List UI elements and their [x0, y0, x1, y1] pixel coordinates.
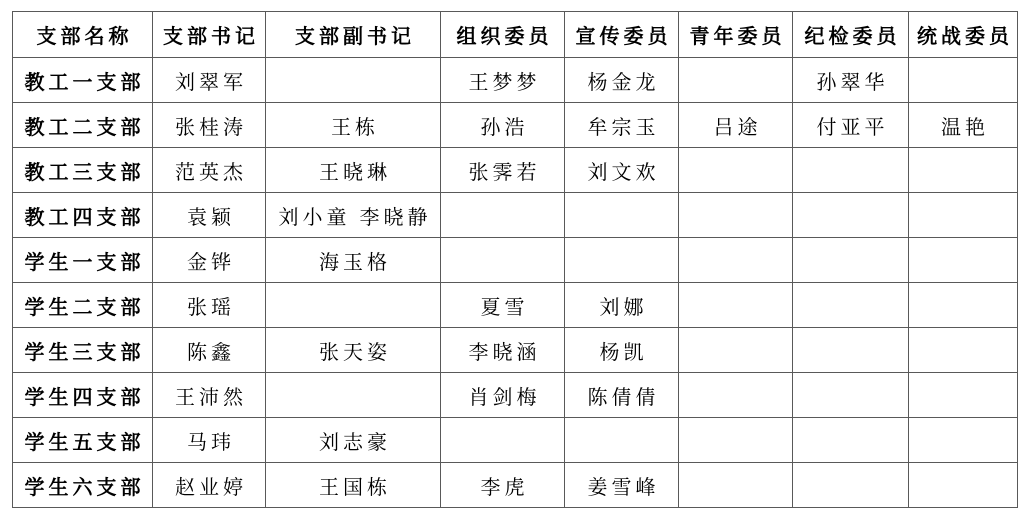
member-name-cell: 刘小童 李晓静 — [266, 193, 441, 238]
member-name-cell: 姜雪峰 — [565, 463, 679, 508]
member-name-cell — [909, 463, 1018, 508]
member-name-cell — [679, 148, 793, 193]
member-name-cell: 刘文欢 — [565, 148, 679, 193]
header-cell-1: 支部书记 — [153, 12, 266, 58]
table-body: 教工一支部刘翠军王梦梦杨金龙孙翠华教工二支部张桂涛王栋孙浩牟宗玉吕途付亚平温艳教… — [13, 58, 1018, 508]
table-row: 学生二支部张瑶夏雪刘娜 — [13, 283, 1018, 328]
member-name-cell — [909, 283, 1018, 328]
member-name-cell: 张桂涛 — [153, 103, 266, 148]
member-name-cell — [909, 418, 1018, 463]
member-name-cell — [793, 148, 909, 193]
branch-name-cell: 学生六支部 — [13, 463, 153, 508]
member-name-cell: 张霁若 — [441, 148, 565, 193]
header-row: 支部名称支部书记支部副书记组织委员宣传委员青年委员纪检委员统战委员 — [13, 12, 1018, 58]
member-name-cell: 温艳 — [909, 103, 1018, 148]
member-name-cell: 杨凯 — [565, 328, 679, 373]
table-row: 教工四支部袁颖刘小童 李晓静 — [13, 193, 1018, 238]
member-name-cell: 范英杰 — [153, 148, 266, 193]
member-name-cell: 杨金龙 — [565, 58, 679, 103]
branch-name-cell: 学生三支部 — [13, 328, 153, 373]
member-name-cell — [793, 463, 909, 508]
branch-name-cell: 教工三支部 — [13, 148, 153, 193]
member-name-cell: 李晓涵 — [441, 328, 565, 373]
member-name-cell: 王国栋 — [266, 463, 441, 508]
member-name-cell: 刘志豪 — [266, 418, 441, 463]
member-name-cell: 张瑶 — [153, 283, 266, 328]
member-name-cell: 赵业婷 — [153, 463, 266, 508]
member-name-cell — [565, 193, 679, 238]
member-name-cell: 陈鑫 — [153, 328, 266, 373]
member-name-cell — [909, 148, 1018, 193]
member-name-cell — [679, 373, 793, 418]
header-cell-0: 支部名称 — [13, 12, 153, 58]
member-name-cell — [793, 193, 909, 238]
header-cell-6: 纪检委员 — [793, 12, 909, 58]
member-name-cell — [679, 193, 793, 238]
member-name-cell — [793, 373, 909, 418]
branch-name-cell: 学生四支部 — [13, 373, 153, 418]
branch-roster-table: 支部名称支部书记支部副书记组织委员宣传委员青年委员纪检委员统战委员 教工一支部刘… — [12, 11, 1018, 508]
table-row: 教工三支部范英杰王晓琳张霁若刘文欢 — [13, 148, 1018, 193]
header-cell-7: 统战委员 — [909, 12, 1018, 58]
branch-name-cell: 学生五支部 — [13, 418, 153, 463]
member-name-cell — [565, 238, 679, 283]
member-name-cell: 王晓琳 — [266, 148, 441, 193]
member-name-cell — [679, 283, 793, 328]
branch-name-cell: 教工二支部 — [13, 103, 153, 148]
table-row: 教工二支部张桂涛王栋孙浩牟宗玉吕途付亚平温艳 — [13, 103, 1018, 148]
header-cell-3: 组织委员 — [441, 12, 565, 58]
member-name-cell — [679, 238, 793, 283]
member-name-cell: 陈倩倩 — [565, 373, 679, 418]
member-name-cell: 夏雪 — [441, 283, 565, 328]
table-row: 学生六支部赵业婷王国栋李虎姜雪峰 — [13, 463, 1018, 508]
member-name-cell: 孙翠华 — [793, 58, 909, 103]
member-name-cell — [679, 418, 793, 463]
member-name-cell — [266, 58, 441, 103]
branch-roster-document: 支部名称支部书记支部副书记组织委员宣传委员青年委员纪检委员统战委员 教工一支部刘… — [12, 11, 1018, 508]
table-row: 学生五支部马玮刘志豪 — [13, 418, 1018, 463]
member-name-cell — [909, 193, 1018, 238]
header-cell-2: 支部副书记 — [266, 12, 441, 58]
member-name-cell: 牟宗玉 — [565, 103, 679, 148]
member-name-cell: 袁颖 — [153, 193, 266, 238]
member-name-cell: 刘翠军 — [153, 58, 266, 103]
member-name-cell — [909, 58, 1018, 103]
branch-name-cell: 学生二支部 — [13, 283, 153, 328]
member-name-cell — [441, 238, 565, 283]
member-name-cell — [679, 328, 793, 373]
member-name-cell: 王栋 — [266, 103, 441, 148]
member-name-cell: 肖剑梅 — [441, 373, 565, 418]
member-name-cell: 吕途 — [679, 103, 793, 148]
member-name-cell — [793, 283, 909, 328]
table-row: 学生三支部陈鑫张天姿李晓涵杨凯 — [13, 328, 1018, 373]
member-name-cell: 金铧 — [153, 238, 266, 283]
branch-name-cell: 教工一支部 — [13, 58, 153, 103]
member-name-cell — [565, 418, 679, 463]
member-name-cell — [441, 418, 565, 463]
member-name-cell: 马玮 — [153, 418, 266, 463]
table-row: 学生一支部金铧海玉格 — [13, 238, 1018, 283]
member-name-cell — [793, 238, 909, 283]
table-row: 教工一支部刘翠军王梦梦杨金龙孙翠华 — [13, 58, 1018, 103]
member-name-cell — [793, 418, 909, 463]
member-name-cell — [266, 373, 441, 418]
member-name-cell — [266, 283, 441, 328]
member-name-cell — [909, 238, 1018, 283]
member-name-cell: 付亚平 — [793, 103, 909, 148]
member-name-cell — [909, 328, 1018, 373]
member-name-cell: 刘娜 — [565, 283, 679, 328]
member-name-cell: 王梦梦 — [441, 58, 565, 103]
branch-name-cell: 教工四支部 — [13, 193, 153, 238]
member-name-cell — [909, 373, 1018, 418]
member-name-cell: 张天姿 — [266, 328, 441, 373]
member-name-cell — [679, 58, 793, 103]
member-name-cell — [793, 328, 909, 373]
header-cell-5: 青年委员 — [679, 12, 793, 58]
branch-name-cell: 学生一支部 — [13, 238, 153, 283]
member-name-cell: 王沛然 — [153, 373, 266, 418]
table-row: 学生四支部王沛然肖剑梅陈倩倩 — [13, 373, 1018, 418]
header-cell-4: 宣传委员 — [565, 12, 679, 58]
member-name-cell: 李虎 — [441, 463, 565, 508]
member-name-cell: 孙浩 — [441, 103, 565, 148]
member-name-cell: 海玉格 — [266, 238, 441, 283]
member-name-cell — [679, 463, 793, 508]
member-name-cell — [441, 193, 565, 238]
